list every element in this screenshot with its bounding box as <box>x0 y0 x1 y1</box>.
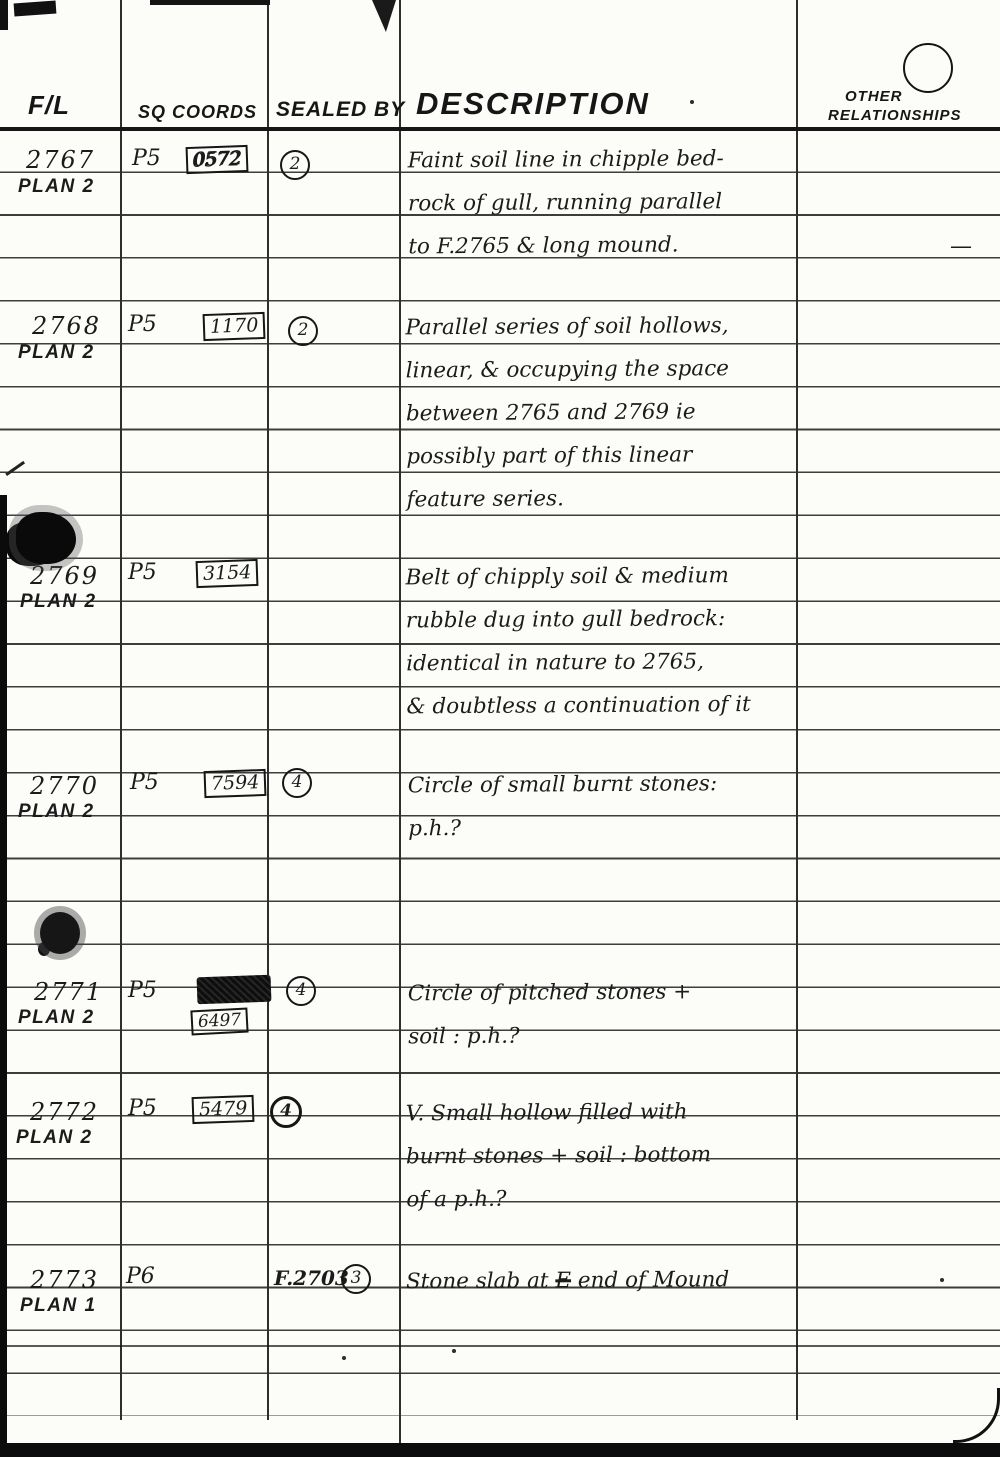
description-block: Faint soil line in chipple bed- rock of … <box>408 138 809 270</box>
feature-number: 2770 <box>30 772 99 800</box>
column-header-fl: F/L <box>28 90 70 121</box>
description-line: Circle of pitched stones + <box>408 971 808 1017</box>
description-line: between 2765 and 2769 ie <box>406 390 806 436</box>
feature-number: 2772 <box>30 1098 99 1126</box>
plan-label: PLAN 2 <box>18 801 95 823</box>
feature-number: 2769 <box>30 562 99 590</box>
coords-box: 3154 <box>196 559 259 588</box>
description-line: feature series. <box>406 476 806 522</box>
sealed-by-circled-number: 3 <box>341 1264 371 1294</box>
description-line: Faint soil line in chipple bed- <box>408 138 808 184</box>
square-ref: P5 <box>132 146 161 171</box>
description-line: Belt of chipply soil & medium <box>405 555 805 601</box>
torn-edge-mark <box>372 0 396 32</box>
description-line: rubble dug into gull bedrock: <box>406 598 806 644</box>
feature-number: 2768 <box>32 312 101 340</box>
square-ref: P6 <box>126 1264 155 1289</box>
plan-label: PLAN 2 <box>18 342 95 364</box>
drawn-circle-mark <box>903 43 953 93</box>
feature-number: 2773 <box>30 1266 99 1294</box>
feature-number: 2771 <box>34 978 103 1006</box>
description-text: end of Mound <box>571 1267 729 1293</box>
plan-label: PLAN 2 <box>18 176 95 198</box>
description-block: Circle of pitched stones + soil : p.h.? <box>408 971 809 1060</box>
square-ref: P5 <box>128 312 157 337</box>
square-ref: P5 <box>128 1096 157 1121</box>
scan-mark-top-left <box>14 1 57 17</box>
description-line: rock of gull, running parallel <box>408 181 808 227</box>
description-block: Belt of chipply soil & medium rubble dug… <box>405 555 806 729</box>
hole-punch-top <box>16 512 76 564</box>
sealed-by-circled-number: 4 <box>270 1096 302 1128</box>
scribbled-out-coords <box>197 975 272 1005</box>
ink-speck <box>940 1278 944 1282</box>
coords-box: 1170 <box>203 312 266 341</box>
ink-speck <box>690 100 694 104</box>
scan-mark-corner <box>0 0 8 30</box>
plan-label: PLAN 1 <box>20 1295 97 1317</box>
header-underline <box>0 127 1000 131</box>
description-line: V. Small hollow filled with <box>406 1091 806 1137</box>
other-relationships-dash: — <box>950 234 972 259</box>
hole-punch-bottom <box>40 912 80 954</box>
coords-box: 0572 <box>186 145 249 174</box>
sealed-by-circled-number: 2 <box>280 150 310 180</box>
square-ref: P5 <box>130 770 159 795</box>
column-divider-sq <box>267 0 269 1420</box>
scanned-log-sheet: F/L SQ COORDS SEALED BY DESCRIPTION OTHE… <box>0 0 1000 1457</box>
description-line: of a p.h.? <box>406 1176 806 1222</box>
coords-box: 6497 <box>190 1008 248 1036</box>
square-ref: P5 <box>128 560 157 585</box>
description-line: possibly part of this linear <box>406 433 806 479</box>
ink-speck <box>452 1349 456 1353</box>
description-line: Parallel series of soil hollows, <box>405 305 805 351</box>
scan-mark-top-edge <box>150 0 270 5</box>
description-text: Stone slab at <box>406 1268 556 1294</box>
struck-out-letter: E <box>555 1268 571 1293</box>
sealed-by-feature-ref: F.2703 <box>274 1266 349 1290</box>
scan-edge-left <box>0 495 7 1457</box>
plan-label: PLAN 2 <box>18 1007 95 1029</box>
column-divider-sealed <box>399 0 401 1444</box>
description-line: linear, & occupying the space <box>406 348 806 394</box>
description-line: Stone slab at E end of Mound <box>406 1259 806 1305</box>
column-divider-fl <box>120 0 122 1420</box>
description-line: identical in nature to 2765, <box>406 640 806 686</box>
sealed-by-circled-number: 2 <box>288 316 318 346</box>
description-line: Circle of small burnt stones: <box>408 763 808 809</box>
plan-label: PLAN 2 <box>16 1127 93 1149</box>
description-block: Circle of small burnt stones: p.h.? <box>408 763 809 852</box>
column-header-sq-coords: SQ COORDS <box>138 102 257 123</box>
scan-edge-bottom <box>0 1443 1000 1457</box>
description-line: soil : p.h.? <box>408 1014 808 1060</box>
description-block: Stone slab at E end of Mound <box>406 1259 806 1305</box>
description-line: to F.2765 & long mound. <box>408 223 808 269</box>
coords-box: 5479 <box>192 1095 255 1124</box>
feature-number: 2767 <box>26 146 95 174</box>
column-header-sealed-by: SEALED BY <box>276 98 405 122</box>
description-line: p.h.? <box>408 806 808 852</box>
column-header-relationships: RELATIONSHIPS <box>828 107 962 124</box>
description-block: V. Small hollow filled with burnt stones… <box>406 1091 807 1223</box>
description-line: burnt stones + soil : bottom <box>406 1134 806 1180</box>
sealed-by-circled-number: 4 <box>286 976 316 1006</box>
page-corner-curve <box>953 1388 1000 1443</box>
column-header-other: OTHER <box>845 88 903 105</box>
sealed-by-circled-number: 4 <box>282 768 312 798</box>
square-ref: P5 <box>128 978 157 1003</box>
coords-box: 7594 <box>204 769 267 798</box>
plan-label: PLAN 2 <box>20 591 97 613</box>
column-header-description: DESCRIPTION <box>416 86 650 122</box>
ink-speck <box>342 1356 346 1360</box>
description-line: & doubtless a continuation of it <box>406 683 806 729</box>
bold-rule <box>0 1345 1000 1347</box>
description-block: Parallel series of soil hollows, linear,… <box>405 305 806 522</box>
